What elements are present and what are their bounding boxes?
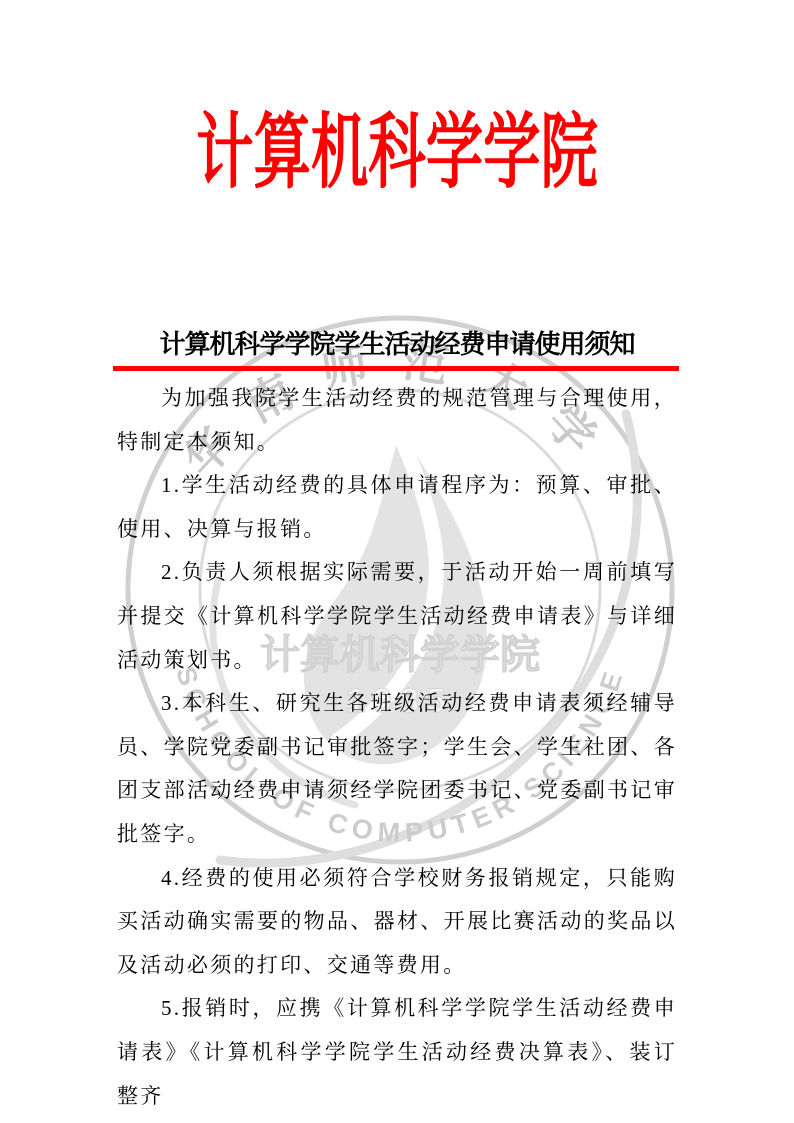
- document-page: 华南师范大学 SCHOOL OF COMPUTER SCIENCE 计算机科学学…: [0, 0, 794, 1123]
- paragraph-item-5: 5.报销时，应携《计算机科学学院学生活动经费申请表》《计算机科学学院学生活动经费…: [117, 987, 677, 1118]
- red-divider-line: [113, 366, 679, 371]
- paragraph-item-1: 1.学生活动经费的具体申请程序为：预算、审批、使用、决算与报销。: [117, 464, 677, 551]
- document-content: 计算机科学学院 计算机科学学院学生活动经费申请使用须知 为加强我院学生活动经费的…: [0, 104, 794, 1118]
- paragraph-item-4: 4.经费的使用必须符合学校财务报销规定，只能购买活动确实需要的物品、器材、开展比…: [117, 857, 677, 988]
- paragraph-item-2: 2.负责人须根据实际需要，于活动开始一周前填写并提交《计算机科学学院学生活动经费…: [117, 551, 677, 682]
- paragraph-intro: 为加强我院学生活动经费的规范管理与合理使用，特制定本须知。: [117, 377, 677, 464]
- college-banner-title: 计算机科学学院: [119, 104, 675, 200]
- notice-body: 为加强我院学生活动经费的规范管理与合理使用，特制定本须知。 1.学生活动经费的具…: [117, 377, 677, 1118]
- notice-title: 计算机科学学院学生活动经费申请使用须知: [60, 324, 734, 361]
- paragraph-item-3: 3.本科生、研究生各班级活动经费申请表须经辅导员、学院党委副书记审批签字；学生会…: [117, 682, 677, 856]
